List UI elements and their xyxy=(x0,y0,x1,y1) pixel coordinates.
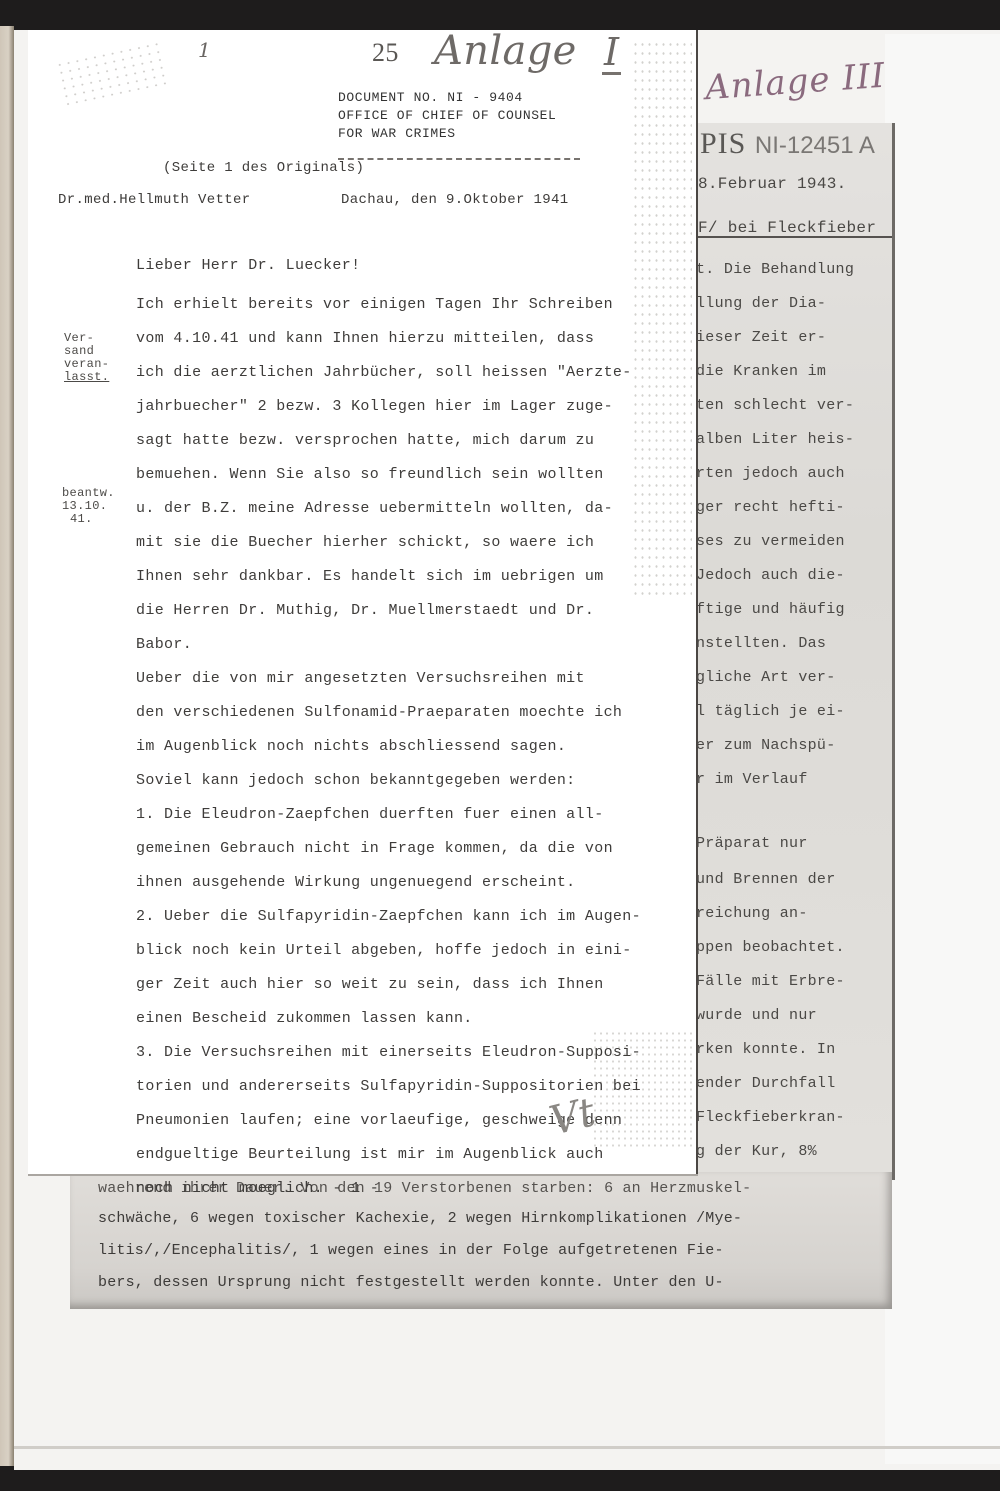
handwritten-page-mark: 1 xyxy=(198,38,211,62)
body-line: die Herren Dr. Muthig, Dr. Muellmerstaed… xyxy=(136,602,594,619)
photocopy-line: l täglich je ei- xyxy=(696,703,845,720)
body-line: mit sie die Buecher hierher schickt, so … xyxy=(136,534,594,551)
body-line: Ich erhielt bereits vor einigen Tagen Ih… xyxy=(136,296,613,313)
body-line: torien und andererseits Sulfapyridin-Sup… xyxy=(136,1078,641,1095)
margin-note-versand: Ver- sand veran- lasst. xyxy=(64,332,109,384)
body-line: ich die aerztlichen Jahrbücher, soll hei… xyxy=(136,364,632,381)
body-line: sagt hatte bezw. versprochen hatte, mich… xyxy=(136,432,594,449)
photocopy-line: alben Liter heis- xyxy=(696,431,854,448)
body-line: 1. Die Eleudron-Zaepfchen duerften fuer … xyxy=(136,806,604,823)
place-date: Dachau, den 9.Oktober 1941 xyxy=(341,192,569,208)
photocopy-date: 8.Februar 1943. xyxy=(698,175,847,193)
photocopy-line: reichung an- xyxy=(696,905,808,922)
body-line: vom 4.10.41 und kann Ihnen hierzu mittei… xyxy=(136,330,594,347)
sender: Dr.med.Hellmuth Vetter xyxy=(58,192,251,208)
body-line: ihnen ausgehende Wirkung ungenuegend ers… xyxy=(136,874,576,891)
photocopy-bottom-line: schwäche, 6 wegen toxischer Kachexie, 2 … xyxy=(98,1210,742,1227)
photocopy-line: ses zu vermeiden xyxy=(696,533,845,550)
body-line: u. der B.Z. meine Adresse uebermitteln w… xyxy=(136,500,613,517)
photocopy-line: ger recht hefti- xyxy=(696,499,845,516)
photocopy-line: die Kranken im xyxy=(696,363,826,380)
document-number: DOCUMENT NO. NI - 9404 xyxy=(338,90,523,105)
body-line: Ueber die von mir angesetzten Versuchsre… xyxy=(136,670,585,687)
salutation: Lieber Herr Dr. Luecker! xyxy=(136,257,360,274)
body-line: den verschiedenen Sulfonamid-Praeparaten… xyxy=(136,704,622,721)
photocopy-line: er zum Nachspü- xyxy=(696,737,836,754)
photocopy-line: nstellten. Das xyxy=(696,635,826,652)
handwritten-annotation-anlage: Anlage xyxy=(434,28,577,74)
photocopy-line: Fälle mit Erbre- xyxy=(696,973,845,990)
photocopy-line: r im Verlauf xyxy=(696,771,808,788)
photocopy-line: Fleckfieberkran- xyxy=(696,1109,845,1126)
body-line: endgueltige Beurteilung ist mir im Augen… xyxy=(136,1146,604,1163)
photocopy-line: ender Durchfall xyxy=(696,1075,836,1092)
sheet-shadow xyxy=(28,1174,698,1176)
photocopy-line: t. Die Behandlung xyxy=(696,261,854,278)
body-line: noch nicht moeglich. - 1 - xyxy=(136,1180,379,1197)
letter-sheet: 1 25 Anlage I DOCUMENT NO. NI - 9404 OFF… xyxy=(28,30,698,1174)
body-line: Ihnen sehr dankbar. Es handelt sich im u… xyxy=(136,568,604,585)
photocopy-bottom-line: bers, dessen Ursprung nicht festgestellt… xyxy=(98,1274,724,1291)
photocopy-bottom-line: litis/,/Encephalitis/, 1 wegen eines in … xyxy=(98,1242,724,1259)
photocopy-line: rten jedoch auch xyxy=(696,465,845,482)
photocopy-line: g der Kur, 8% xyxy=(696,1143,817,1160)
photocopy-line: Präparat nur xyxy=(696,835,808,852)
body-line: ger Zeit auch hier so weit zu sein, dass… xyxy=(136,976,604,993)
underlying-photocopy: PIS NI-12451 A 8.Februar 1943. F/ bei Fl… xyxy=(696,123,895,1180)
body-line: einen Bescheid zukommen lassen kann. xyxy=(136,1010,473,1027)
stamp-prefix: PIS xyxy=(700,127,746,160)
body-line: 2. Ueber die Sulfapyridin-Zaepfchen kann… xyxy=(136,908,641,925)
body-line: bemuehen. Wenn Sie also so freundlich se… xyxy=(136,466,604,483)
margin-note-line: lasst. xyxy=(64,371,109,384)
photocopy-line: llung der Dia- xyxy=(696,295,826,312)
body-line: im Augenblick noch nichts abschliessend … xyxy=(136,738,566,755)
photocopy-line: und Brennen der xyxy=(696,871,836,888)
body-line: blick noch kein Urteil abgeben, hoffe je… xyxy=(136,942,632,959)
photocopy-line: gliche Art ver- xyxy=(696,669,836,686)
photocopy-line: ftige und häufig xyxy=(696,601,845,618)
war-crimes-line: FOR WAR CRIMES xyxy=(338,126,456,141)
photocopy-line: ppen beobachtet. xyxy=(696,939,845,956)
body-line: Soviel kann jedoch schon bekanntgegeben … xyxy=(136,772,576,789)
header-dashed-rule xyxy=(338,158,580,160)
margin-note-beantwortet: beantw. 13.10. 41. xyxy=(62,487,115,526)
body-line: Babor. xyxy=(136,636,192,653)
stamp-number: NI-12451 A xyxy=(755,132,875,159)
subject-underline xyxy=(696,236,892,238)
toner-speckle xyxy=(632,40,692,600)
source-note: (Seite 1 des Originals) xyxy=(163,160,364,176)
page-number: 25 xyxy=(372,38,399,68)
page-edge xyxy=(14,1446,1000,1449)
stamp: PIS NI-12451 A xyxy=(700,127,875,161)
photocopy-line: rken konnte. In xyxy=(696,1041,836,1058)
photocopy-subject: F/ bei Fleckfieber xyxy=(698,219,876,237)
handwritten-annotation-roman: I xyxy=(602,32,621,75)
page-margin xyxy=(885,34,1000,1464)
photocopy-line: Jedoch auch die- xyxy=(696,567,845,584)
office-line: OFFICE OF CHIEF OF COUNSEL xyxy=(338,108,556,123)
margin-note-line: 41. xyxy=(62,513,115,526)
body-line: 3. Die Versuchsreihen mit einerseits Ele… xyxy=(136,1044,641,1061)
body-line: jahrbuecher" 2 bezw. 3 Kollegen hier im … xyxy=(136,398,613,415)
photocopy-line: ten schlecht ver- xyxy=(696,397,854,414)
toner-speckle xyxy=(55,39,172,106)
photocopy-line: ieser Zeit er- xyxy=(696,329,826,346)
body-line: gemeinen Gebrauch nicht in Frage kommen,… xyxy=(136,840,613,857)
photocopy-line: wurde und nur xyxy=(696,1007,817,1024)
binder-edge xyxy=(0,26,14,1466)
